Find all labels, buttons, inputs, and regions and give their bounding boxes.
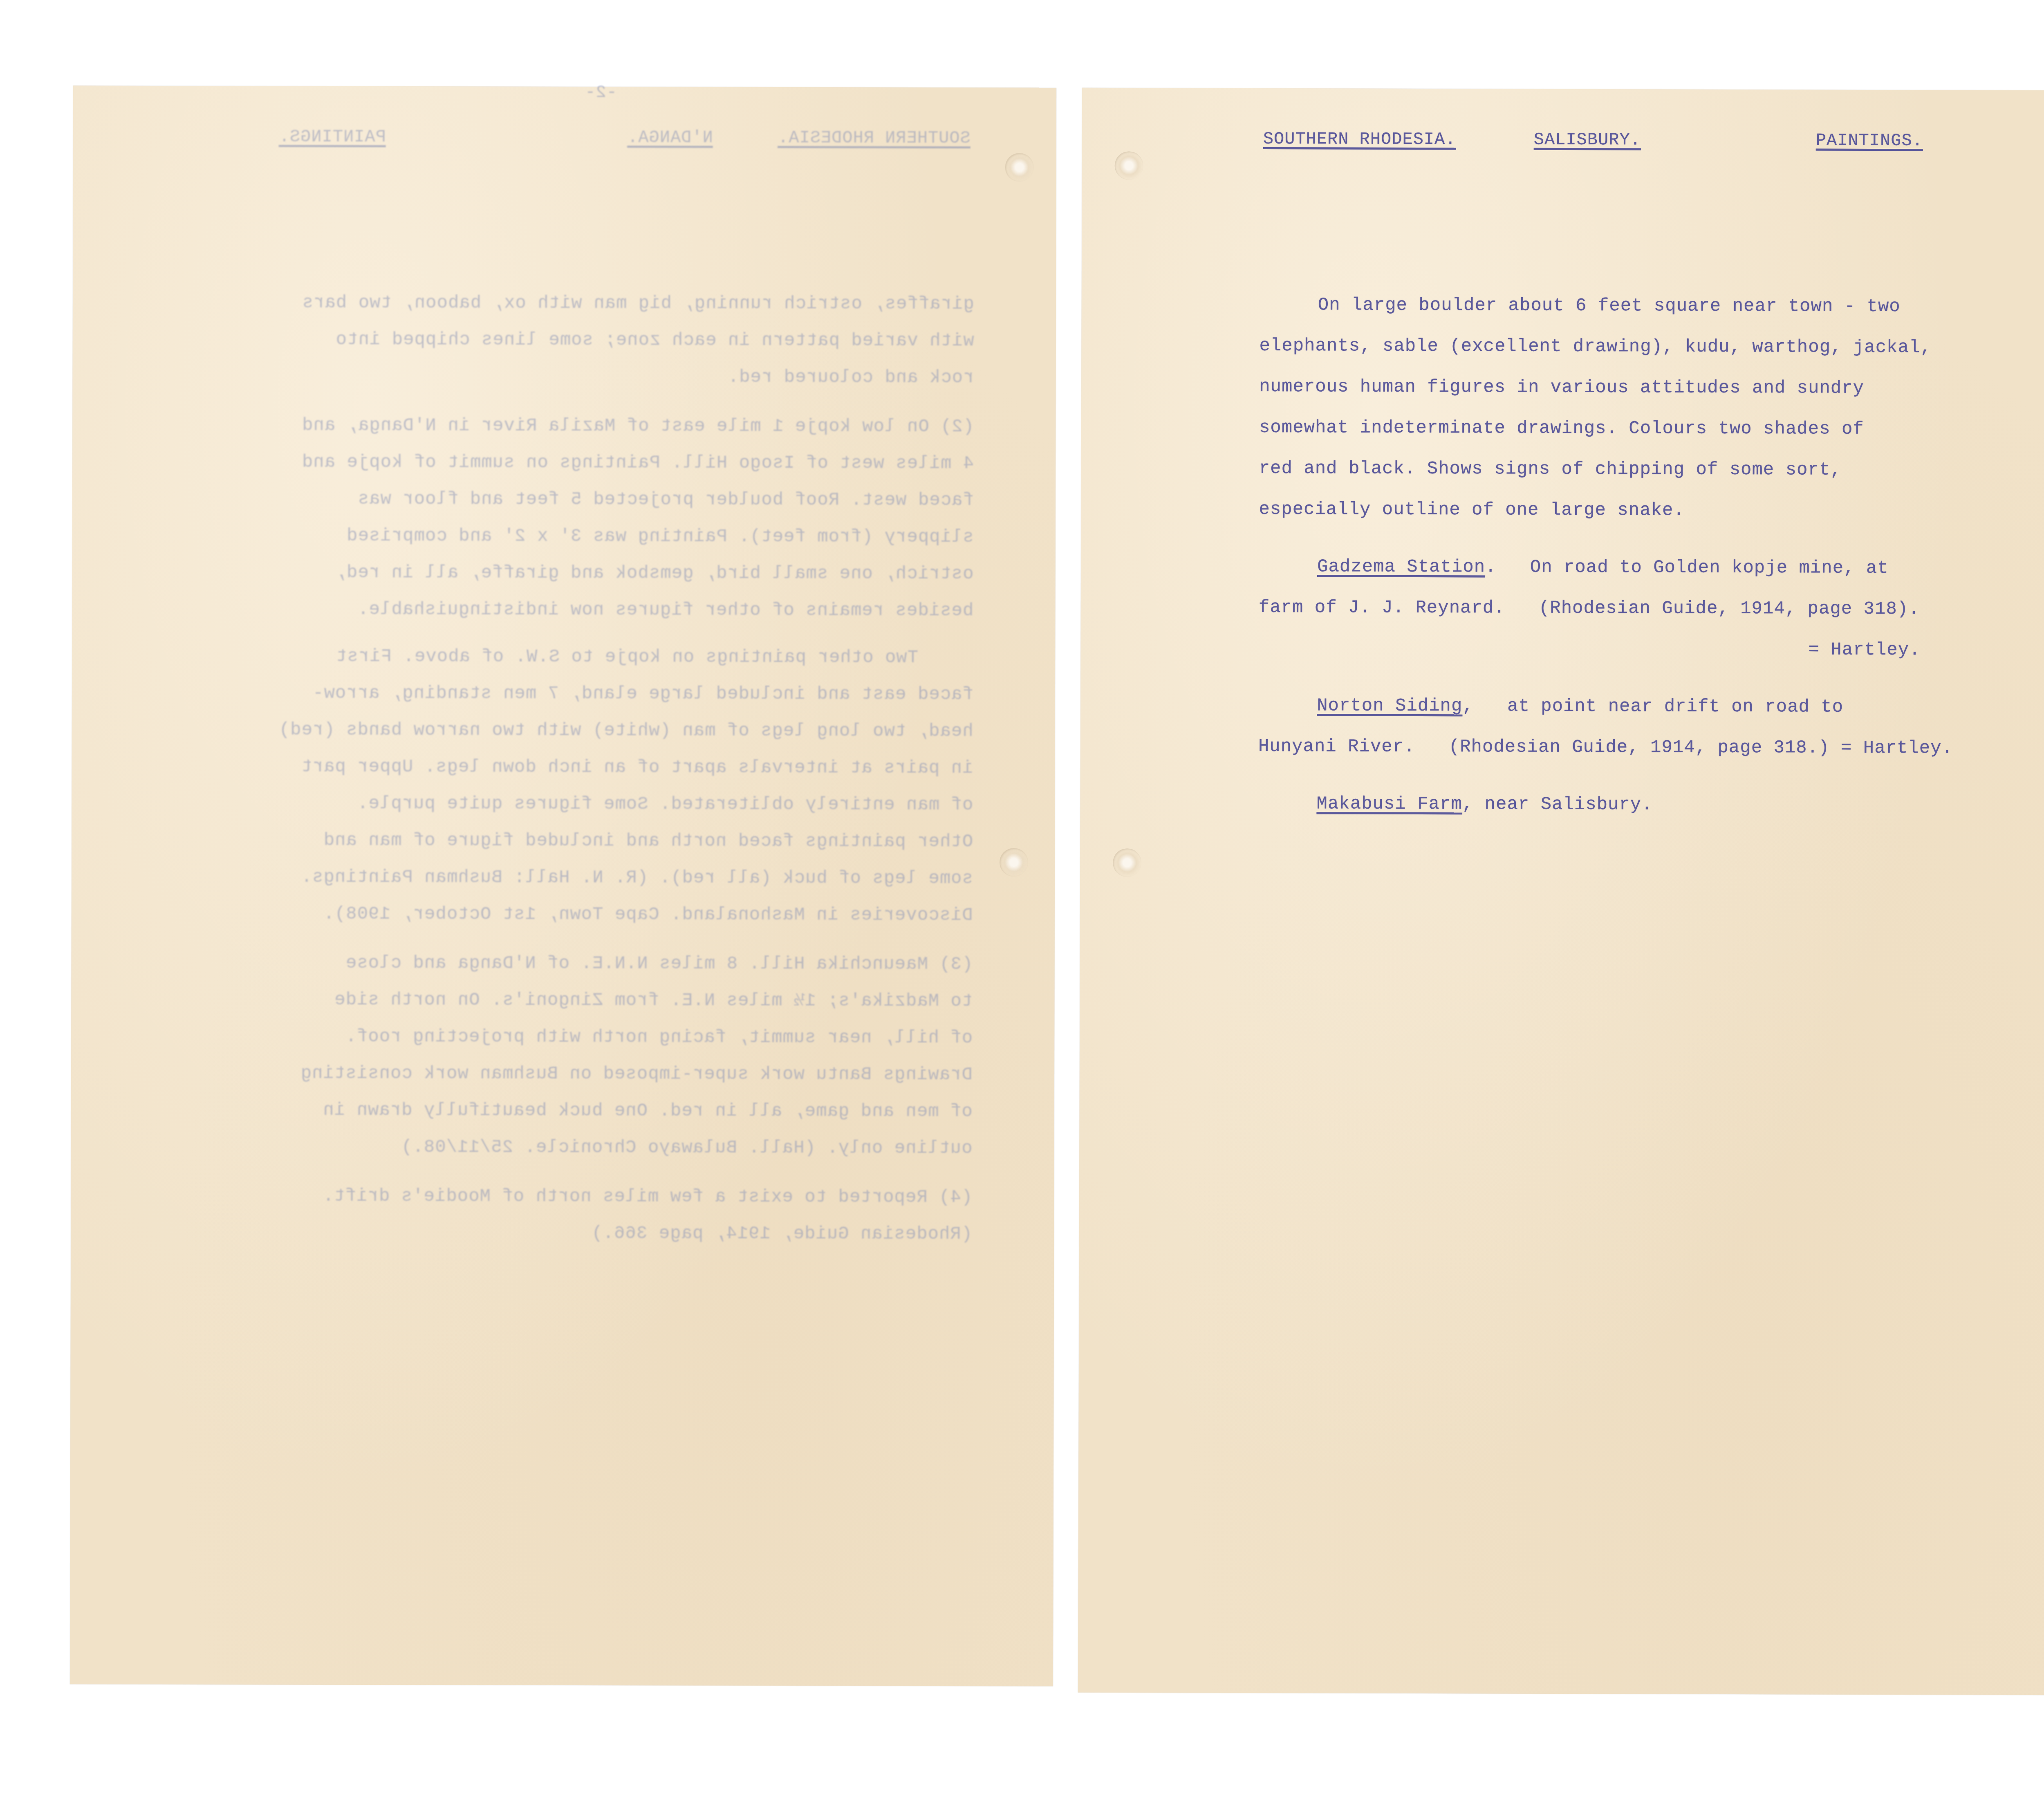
text-line: 4 miles west of Isogo Hill. Paintings on… [302,452,974,474]
text-line: (Rhodesian Guide, 1914, page 366.) [591,1223,972,1244]
entry-line: Makabusi Farm, near Salisbury. [1316,794,1652,815]
site-punct: , [1462,794,1474,814]
text-line: of man entirely obliterated. Some figure… [357,794,973,815]
punch-hole-mark [1005,153,1034,182]
text-line: somewhat indeterminate drawings. Colours… [1259,417,1864,439]
mirrored-text-layer: -2- SOUTHERN RHODESIA. N'DANGA. PAINTING… [70,85,1056,1686]
text-line: farm of J. J. Reynard. (Rhodesian Guide,… [1259,597,1920,619]
text-line: numerous human figures in various attitu… [1259,377,1864,399]
text-line: rock and coloured red. [728,367,974,388]
text-line: besides remains of other figures now ind… [357,599,973,621]
punch-hole-mark [1113,848,1141,877]
header-category: PAINTINGS. [279,127,386,147]
text-line: Other paintings faced north and included… [323,830,973,852]
header-locality: SALISBURY. [1534,130,1641,150]
entry-gadzema-station: Gadzema Station. On road to Golden kopje… [1082,88,2044,90]
text-line: Hunyani River. (Rhodesian Guide, 1914, p… [1258,736,1953,758]
text-line: especially outline of one large snake. [1259,499,1685,521]
text-line: (4) Reported to exist a few miles north … [323,1186,973,1208]
header-category: PAINTINGS. [1816,131,1923,151]
intro-paragraph: On large boulder about 6 feet square nea… [1082,88,2044,90]
text-line: Discoveries in Mashonaland. Cape Town, 1… [323,904,973,926]
text-line: to Madzika's; 1½ miles N.E. from Zingoni… [334,990,973,1011]
left-page-reverse: -2- SOUTHERN RHODESIA. N'DANGA. PAINTING… [70,85,1056,1686]
site-name: Gadzema Station [1317,556,1485,577]
site-name: Norton Siding [1317,695,1462,716]
site-detail: at point near drift on road to [1474,696,1843,717]
text-line: faced west. Roof boulder projected 5 fee… [358,489,974,511]
attribution: = Hartley. [1808,640,1920,661]
entry-line: Norton Siding, at point near drift on ro… [1317,695,1843,717]
punch-hole-mark [1000,848,1028,877]
header-region: SOUTHERN RHODESIA. [1263,129,1456,149]
text-line: in pairs at intervals apart of an inch d… [301,757,973,778]
text-line: Drawings Bantu work super-imposed on Bus… [300,1063,973,1085]
text-line: (3) Maeunchika Hill. 8 miles N.N.E. of N… [345,953,973,975]
header-region: SOUTHERN RHODESIA. [778,128,970,148]
entry-norton-siding: Norton Siding, at point near drift on ro… [1082,88,2044,90]
text-line: some legs of buck (all red). (R. N. Hall… [301,867,973,889]
text-line: outline only. (Hall. Bulawayo Chronicle.… [401,1137,973,1159]
header-locality: N'DANGA. [627,128,713,147]
site-punct: , [1462,696,1474,716]
site-detail: On road to Golden kopje mine, at [1496,557,1888,579]
text-line: of hill, near summit, facing north with … [345,1027,973,1048]
text-line: red and black. Shows signs of chipping o… [1259,458,1842,480]
text-line: giraffes, ostrich running, big man with … [302,293,974,314]
text-line: head, two long legs of man (white) with … [279,720,973,742]
entry-makabusi-farm: Makabusi Farm, near Salisbury. [1082,88,2044,90]
text-line: (2) On low kopje 1 mile east of Mazila R… [302,415,974,437]
punch-hole-mark [1115,151,1143,180]
site-detail: near Salisbury. [1473,794,1653,815]
site-punct: . [1485,557,1497,577]
text-line: with varied pattern in each zone; some l… [336,330,974,351]
text-line: of men and game, all in red. One buck be… [323,1100,973,1122]
site-name: Makabusi Farm [1316,794,1462,814]
text-line: slippery (from feet). Painting was 3' x … [346,526,974,547]
text-line: On large boulder about 6 feet square nea… [1318,295,1901,317]
text-line: ostrich, one small bird, gemsbok and gir… [335,563,974,584]
text-line: elephants, sable (excellent drawing), ku… [1259,336,1931,358]
right-page: SOUTHERN RHODESIA. SALISBURY. PAINTINGS.… [1078,88,2044,1695]
entry-line: Gadzema Station. On road to Golden kopje… [1317,556,1889,578]
text-line: Two other paintings on kopje to S.W. of … [336,646,918,668]
page-number: -2- [585,83,617,102]
text-line: faced east and included large eland, 7 m… [312,683,973,705]
